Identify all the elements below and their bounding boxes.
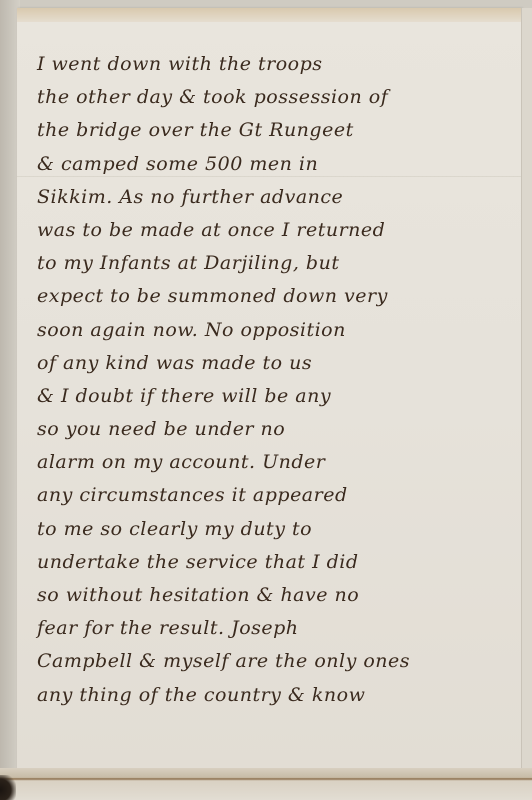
text-line: any thing of the country & know: [37, 679, 517, 712]
text-line: alarm on my account. Under: [37, 446, 517, 479]
page-bottom-edge: [0, 768, 532, 800]
text-line: I went down with the troops: [37, 48, 517, 81]
text-line: the other day & took possession of: [37, 81, 517, 114]
text-line: so you need be under no: [37, 413, 517, 446]
text-line: Sikkim. As no further advance: [37, 181, 517, 214]
text-line: Campbell & myself are the only ones: [37, 645, 517, 678]
page-top-edge: [17, 8, 522, 22]
text-line: any circumstances it appeared: [37, 479, 517, 512]
text-line: the bridge over the Gt Rungeet: [37, 114, 517, 147]
letter-page: I went down with the troops the other da…: [17, 8, 522, 773]
text-line: expect to be summoned down very: [37, 280, 517, 313]
text-line: to me so clearly my duty to: [37, 513, 517, 546]
text-line: was to be made at once I returned: [37, 214, 517, 247]
text-line: to my Infants at Darjiling, but: [37, 247, 517, 280]
text-line: & camped some 500 men in: [37, 148, 517, 181]
text-line: so without hesitation & have no: [37, 579, 517, 612]
text-line: undertake the service that I did: [37, 546, 517, 579]
text-line: & I doubt if there will be any: [37, 380, 517, 413]
text-line: of any kind was made to us: [37, 347, 517, 380]
handwritten-text: I went down with the troops the other da…: [37, 48, 517, 712]
text-line: soon again now. No opposition: [37, 314, 517, 347]
adjacent-page-edge: [521, 8, 532, 773]
text-line: fear for the result. Joseph: [37, 612, 517, 645]
binding-shadow: [0, 775, 16, 800]
